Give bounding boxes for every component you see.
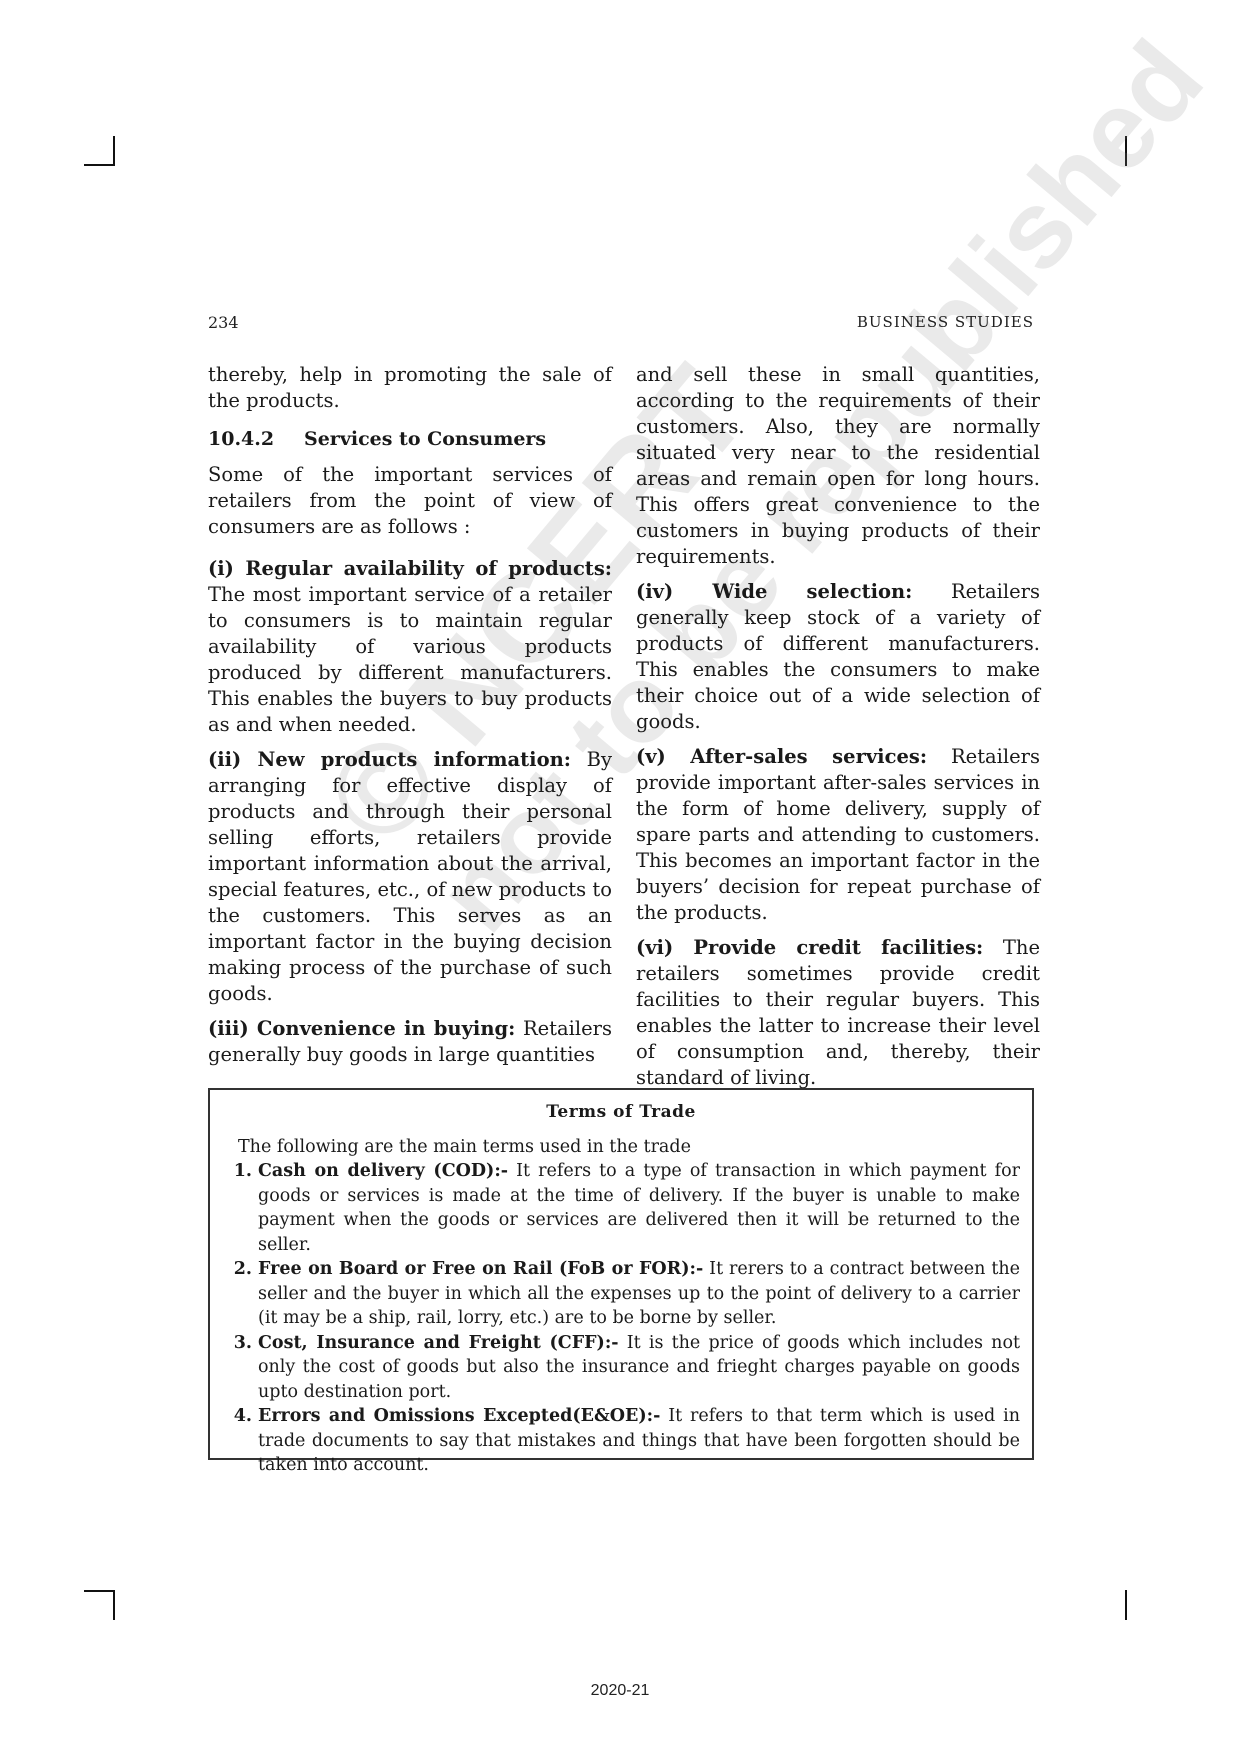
crop-mark-bottom-left-v	[113, 1590, 115, 1620]
service-label: (iv) Wide selection:	[636, 580, 912, 603]
term-label: Errors and Omissions Excepted(E&OE):-	[258, 1406, 660, 1426]
service-item: (v) After-sales services: Retailers prov…	[636, 744, 1040, 926]
term-label: Cost, Insurance and Freight (CFF):-	[258, 1333, 619, 1353]
service-item: (vi) Provide credit facilities: The reta…	[636, 935, 1040, 1091]
crop-mark-top-left-h	[84, 164, 114, 166]
page-number: 234	[208, 313, 239, 332]
section-title: Services to Consumers	[304, 428, 546, 450]
term-number: 3.	[222, 1331, 258, 1405]
service-item: (iii) Convenience in buying: Retailers g…	[208, 1016, 612, 1068]
term-number: 1.	[222, 1159, 258, 1257]
term-body: Cost, Insurance and Freight (CFF):- It i…	[258, 1331, 1020, 1405]
convenience-continuation: and sell these in small quantities, acco…	[636, 362, 1040, 570]
term-body: Cash on delivery (COD):- It refers to a …	[258, 1159, 1020, 1257]
section-intro: Some of the important services of retail…	[208, 462, 612, 540]
service-text: The most important service of a retailer…	[208, 583, 612, 736]
term-number: 2.	[222, 1257, 258, 1331]
crop-mark-top-right-v	[1125, 136, 1127, 166]
service-item: (i) Regular availability of products: Th…	[208, 556, 612, 738]
section-heading: 10.4.2Services to Consumers	[208, 426, 612, 452]
crop-mark-top-left-v	[113, 136, 115, 166]
crop-mark-bottom-left-h	[84, 1590, 114, 1592]
terms-of-trade-box: Terms of Trade The following are the mai…	[208, 1088, 1034, 1460]
service-text: Retailers provide important after-sales …	[636, 745, 1040, 924]
section-number: 10.4.2	[208, 426, 304, 452]
service-item: (ii) New products information: By arrang…	[208, 747, 612, 1007]
running-title: BUSINESS STUDIES	[857, 313, 1034, 331]
service-label: (v) After-sales services:	[636, 745, 927, 768]
term-body: Free on Board or Free on Rail (FoB or FO…	[258, 1257, 1020, 1331]
term-label: Free on Board or Free on Rail (FoB or FO…	[258, 1259, 703, 1279]
service-label: (vi) Provide credit facilities:	[636, 936, 983, 959]
left-column: thereby, help in promoting the sale of t…	[208, 362, 612, 1077]
right-column: and sell these in small quantities, acco…	[636, 362, 1040, 1100]
term-label: Cash on delivery (COD):-	[258, 1161, 508, 1181]
service-label: (iii) Convenience in buying:	[208, 1017, 515, 1040]
service-label: (i) Regular availability of products:	[208, 557, 612, 580]
term-number: 4.	[222, 1404, 258, 1478]
box-title: Terms of Trade	[222, 1100, 1020, 1125]
term-item: 2. Free on Board or Free on Rail (FoB or…	[222, 1257, 1020, 1331]
term-item: 1. Cash on delivery (COD):- It refers to…	[222, 1159, 1020, 1257]
box-intro: The following are the main terms used in…	[238, 1135, 1020, 1160]
term-item: 3. Cost, Insurance and Freight (CFF):- I…	[222, 1331, 1020, 1405]
intro-continuation: thereby, help in promoting the sale of t…	[208, 362, 612, 414]
footer-year: 2020-21	[0, 1682, 1240, 1700]
term-item: 4. Errors and Omissions Excepted(E&OE):-…	[222, 1404, 1020, 1478]
service-item: (iv) Wide selection: Retailers generally…	[636, 579, 1040, 735]
service-text: By arranging for effective display of pr…	[208, 748, 612, 1005]
service-label: (ii) New products information:	[208, 748, 571, 771]
crop-mark-bottom-right-v	[1125, 1590, 1127, 1620]
term-body: Errors and Omissions Excepted(E&OE):- It…	[258, 1404, 1020, 1478]
